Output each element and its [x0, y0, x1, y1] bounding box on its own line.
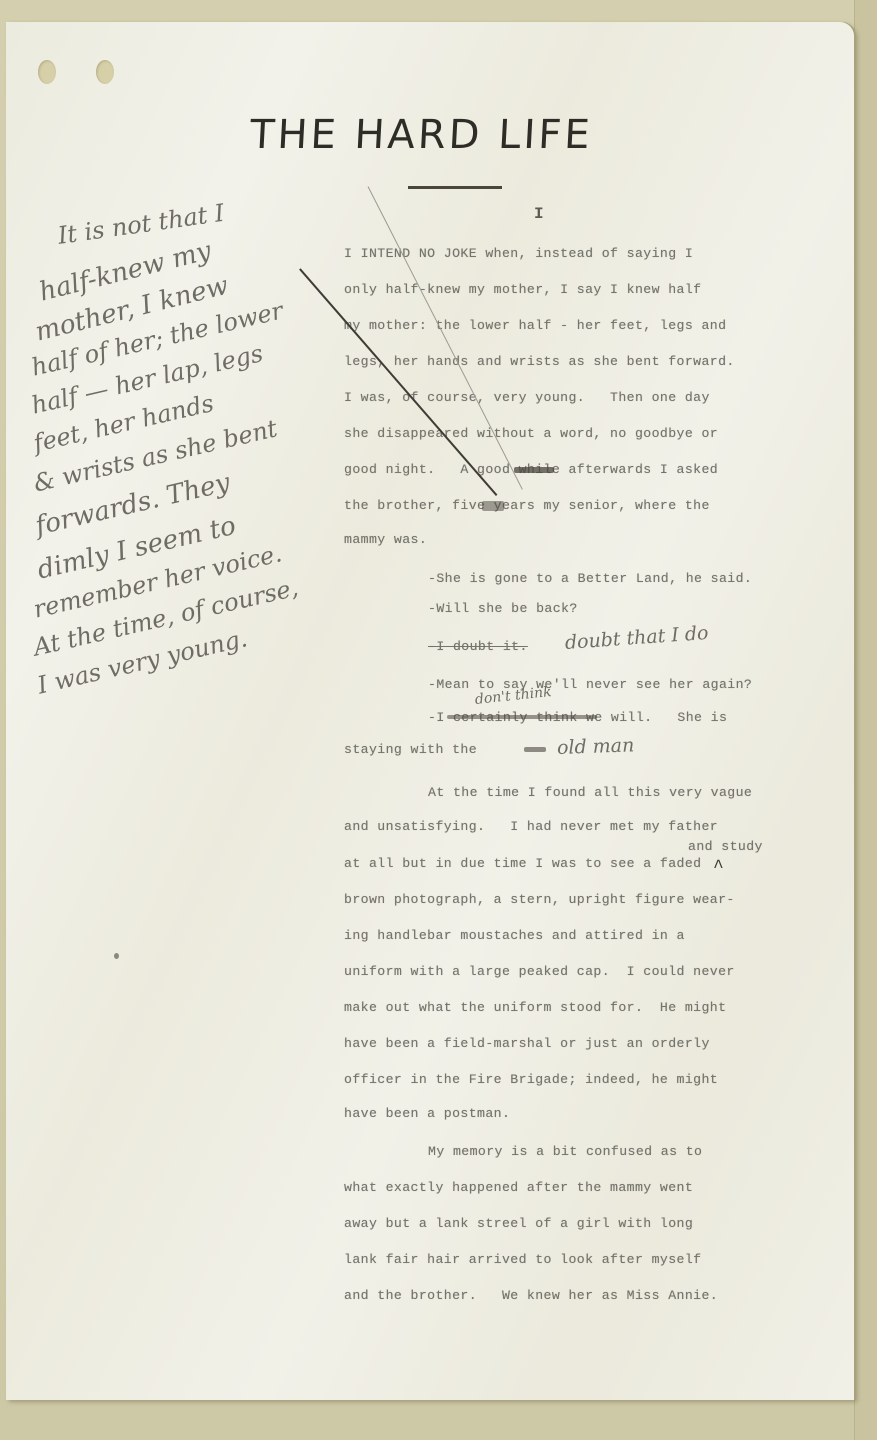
- typed-line: uniform with a large peaked cap. I could…: [344, 963, 735, 981]
- typed-insertion: and study: [688, 838, 763, 856]
- typed-line: she disappeared without a word, no goodb…: [344, 425, 718, 443]
- typed-line: make out what the uniform stood for. He …: [344, 999, 726, 1017]
- punch-hole-right: [96, 60, 114, 84]
- typed-line: lank fair hair arrived to look after mys…: [344, 1251, 702, 1269]
- strikeout-mark: [524, 747, 546, 752]
- typed-line: and the brother. We knew her as Miss Ann…: [344, 1287, 718, 1305]
- typed-line: At the time I found all this very vague: [428, 784, 752, 802]
- typed-line: the brother, five years my senior, where…: [344, 497, 710, 515]
- strikeout-mark: [447, 715, 597, 719]
- typed-line: mammy was.: [344, 531, 427, 549]
- typed-line: I was, of course, very young. Then one d…: [344, 389, 710, 407]
- typed-line: my mother: the lower half - her feet, le…: [344, 317, 726, 335]
- typed-line: have been a field-marshal or just an ord…: [344, 1035, 710, 1053]
- handwritten-insertion: old man: [557, 734, 635, 759]
- typed-line: brown photograph, a stern, upright figur…: [344, 891, 735, 909]
- typed-line: legs, her hands and wrists as she bent f…: [344, 353, 735, 371]
- typed-line: staying with the: [344, 741, 477, 759]
- page-title: THE HARD LIFE: [249, 112, 701, 158]
- typed-line: and unsatisfying. I had never met my fat…: [344, 818, 718, 836]
- typed-line: I INTEND NO JOKE when, instead of saying…: [344, 245, 693, 263]
- typed-line: -She is gone to a Better Land, he said.: [428, 570, 752, 588]
- punch-hole-left: [38, 60, 56, 84]
- typed-line: what exactly happened after the mammy we…: [344, 1179, 693, 1197]
- typed-line-struck: -I doubt it.: [428, 638, 528, 656]
- typed-line: -Will she be back?: [428, 600, 578, 618]
- typed-line: only half-knew my mother, I say I knew h…: [344, 281, 702, 299]
- typed-line: away but a lank streel of a girl with lo…: [344, 1215, 693, 1233]
- ink-dot: [114, 953, 119, 959]
- title-underline: [408, 186, 502, 189]
- typed-line: at all but in due time I was to see a fa…: [344, 855, 702, 873]
- typed-line: My memory is a bit confused as to: [428, 1143, 702, 1161]
- typed-line: have been a postman.: [344, 1105, 510, 1123]
- strikeout-mark: [482, 501, 504, 511]
- chapter-number: I: [534, 205, 544, 223]
- typed-line: officer in the Fire Brigade; indeed, he …: [344, 1071, 718, 1089]
- insertion-caret: ^: [713, 858, 724, 878]
- backing-edge: [854, 0, 877, 1440]
- typed-line: ing handlebar moustaches and attired in …: [344, 927, 685, 945]
- strikeout-mark: [514, 467, 554, 473]
